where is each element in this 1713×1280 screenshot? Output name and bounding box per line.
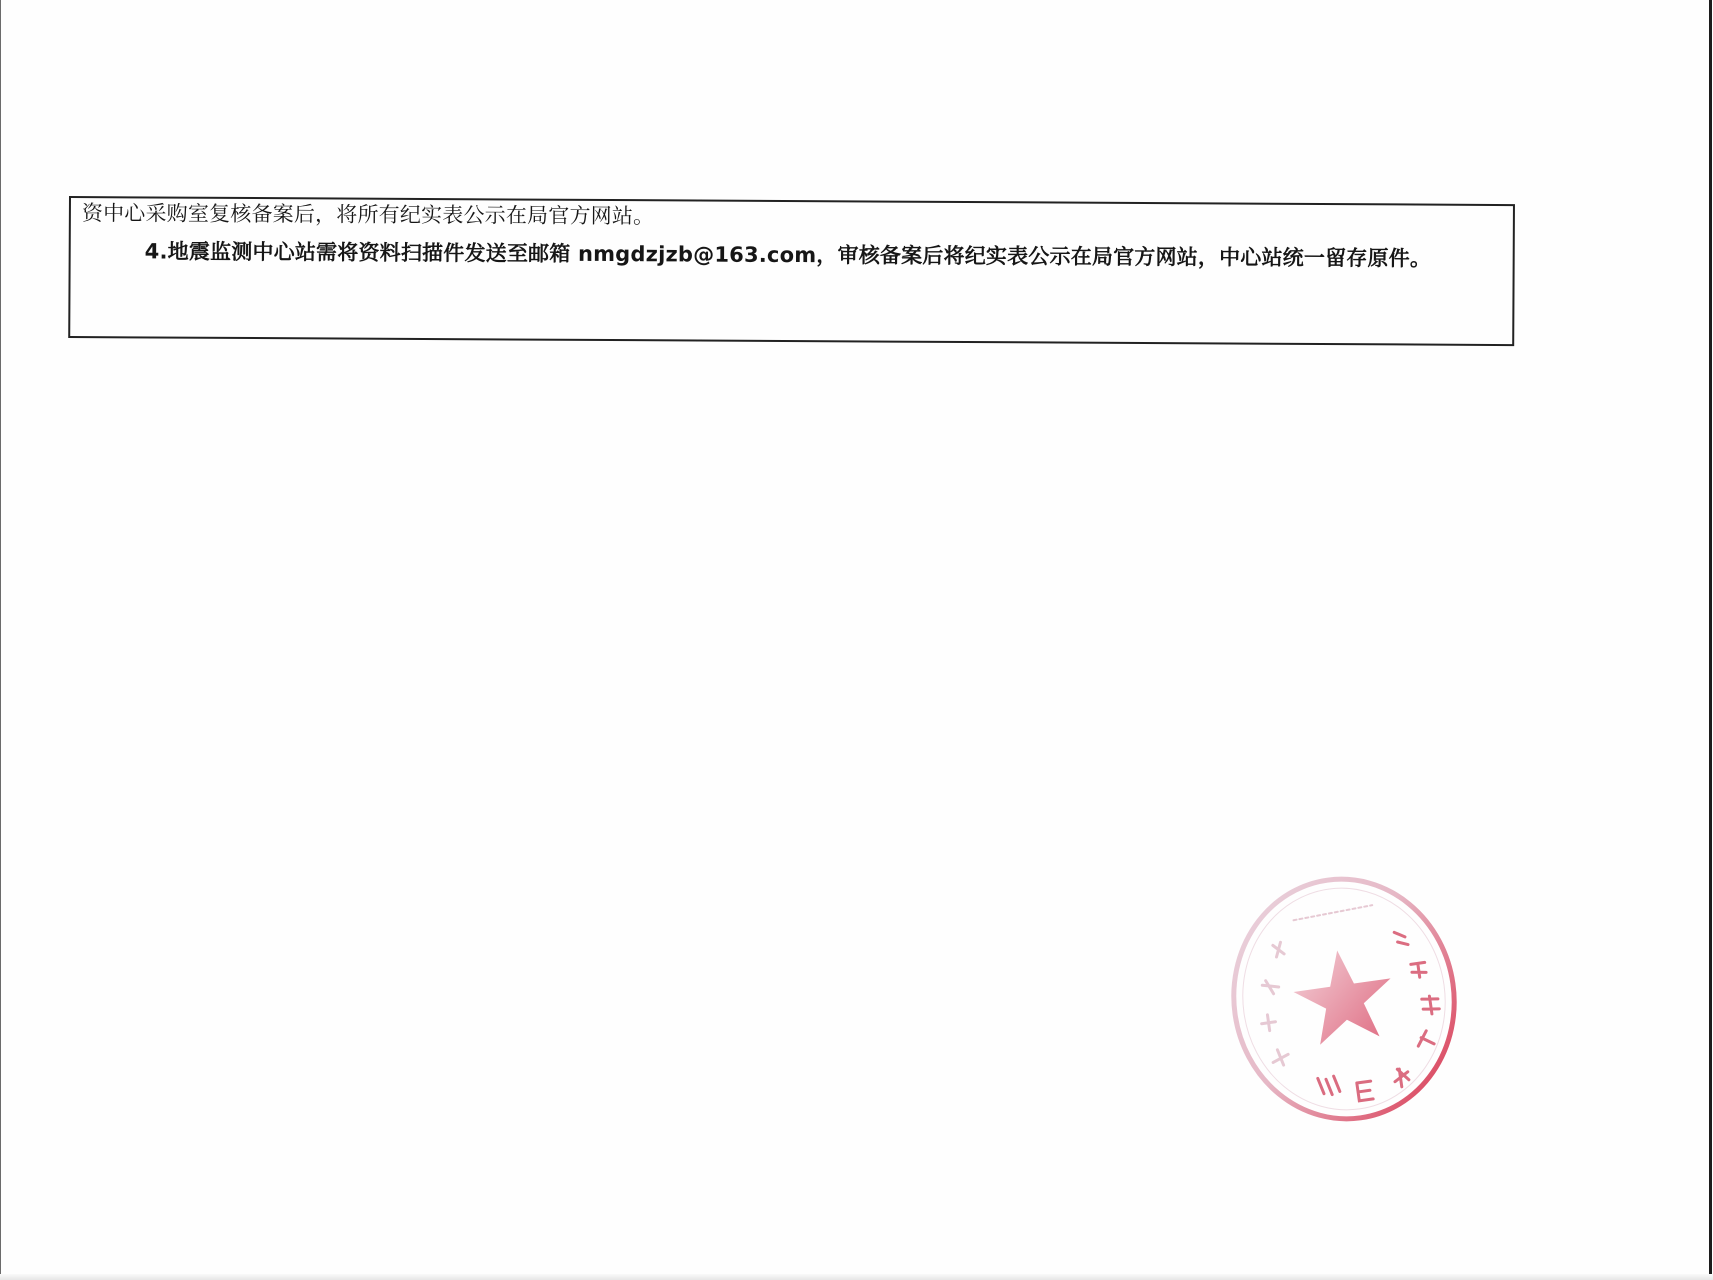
note-item-text: 地震监测中心站需将资料扫描件发送至邮箱 nmgdzjzb@163.com，审核备… (168, 240, 1432, 271)
official-seal (1208, 855, 1480, 1144)
page-right-edge (1709, 0, 1712, 1280)
star-icon (1289, 944, 1399, 1048)
seal-graphic (1208, 855, 1480, 1144)
note-item-4: 4.地震监测中心站需将资料扫描件发送至邮箱 nmgdzjzb@163.com，审… (145, 238, 1432, 271)
note-line-continuation: 资中心采购室复核备案后，将所有纪实表公示在局官方网站。 (82, 200, 655, 229)
notes-box: 资中心采购室复核备案后，将所有纪实表公示在局官方网站。 4.地震监测中心站需将资… (68, 196, 1515, 346)
page-left-edge (0, 0, 1, 1280)
note-item-number: 4. (145, 239, 168, 263)
page-bottom-edge (0, 1274, 1713, 1280)
